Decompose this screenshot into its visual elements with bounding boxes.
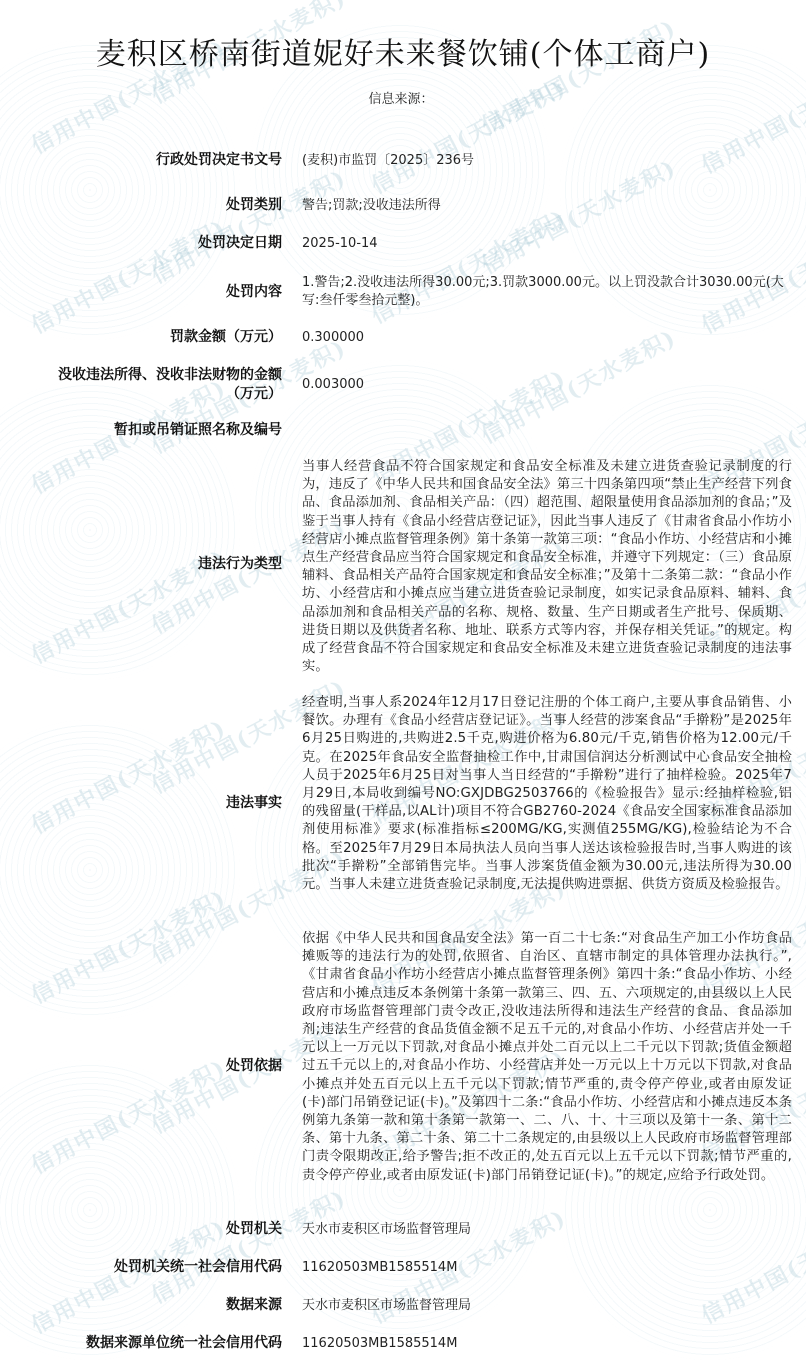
field-value: (麦积)市监罚〔2025〕236号 xyxy=(302,152,792,170)
field-value: 警告;罚款;没收违法所得 xyxy=(302,197,792,215)
watermark-text: 信用中国(天水麦积) xyxy=(25,711,231,840)
field-label: 数据来源 xyxy=(12,1296,282,1315)
field-value: 2025-10-14 xyxy=(302,235,792,253)
field-label: 违法行为类型 xyxy=(12,555,282,574)
field-label: 没收违法所得、没收非法财物的金额 （万元） xyxy=(12,366,282,404)
watermark-text: 信用中国(天水麦积) xyxy=(25,881,231,1010)
field-label: 行政处罚决定书文号 xyxy=(12,151,282,170)
document-page: 麦积区桥南街道妮好未来餐饮铺(个体工商户) 信息来源： xyxy=(0,0,806,106)
field-label: 违法事实 xyxy=(12,794,282,813)
field-label-line: 没收违法所得、没收非法财物的金额 xyxy=(12,366,282,385)
field-value: 当事人经营食品不符合国家规定和食品安全标准及未建立进货查验记录制度的行为，违反了… xyxy=(302,458,792,676)
watermark-text: 信用中国(天水麦积) xyxy=(365,201,571,330)
info-source-label: 信息来源： xyxy=(368,92,433,107)
field-label: 罚款金额（万元） xyxy=(12,328,282,347)
field-value: 1.警告;2.没收违法所得30.00元;3.罚款3000.00元。以上罚没款合计… xyxy=(302,274,792,311)
watermark-rosette xyxy=(0,720,240,1020)
field-value: 天水市麦积区市场监督管理局 xyxy=(302,1221,792,1239)
field-label: 处罚类别 xyxy=(12,196,282,215)
watermark-rosette xyxy=(0,1060,240,1360)
field-value: 11620503MB1585514M xyxy=(302,1335,792,1353)
watermark-text: 信用中国(天水麦积) xyxy=(25,211,231,340)
field-label: 处罚机关 xyxy=(12,1220,282,1239)
field-label: 暂扣或吊销证照名称及编号 xyxy=(12,421,282,440)
field-label: 处罚依据 xyxy=(12,1057,282,1076)
watermark-text: 信用中国(天水麦积) xyxy=(145,1181,351,1310)
field-value: 经查明,当事人系2024年12月17日登记注册的个体工商户,主要从事食品销售、小… xyxy=(302,694,792,894)
field-label: 处罚决定日期 xyxy=(12,234,282,253)
field-value: 0.300000 xyxy=(302,329,792,347)
field-label-line: （万元） xyxy=(12,385,282,404)
field-label: 处罚内容 xyxy=(12,283,282,302)
field-label: 处罚机关统一社会信用代码 xyxy=(12,1258,282,1277)
field-value: 依据《中华人民共和国食品安全法》第一百二十七条:“对食品生产加工小作坊食品摊贩等… xyxy=(302,930,792,1185)
field-value: 0.003000 xyxy=(302,376,792,394)
field-value: 11620503MB1585514M xyxy=(302,1259,792,1277)
field-value: 天水市麦积区市场监督管理局 xyxy=(302,1297,792,1315)
document-title: 麦积区桥南街道妮好未来餐饮铺(个体工商户) xyxy=(0,0,806,74)
watermark-text: 信用中国(天水麦积) xyxy=(145,161,351,290)
info-source: 信息来源： xyxy=(0,88,806,106)
field-label: 数据来源单位统一社会信用代码 xyxy=(12,1334,282,1353)
